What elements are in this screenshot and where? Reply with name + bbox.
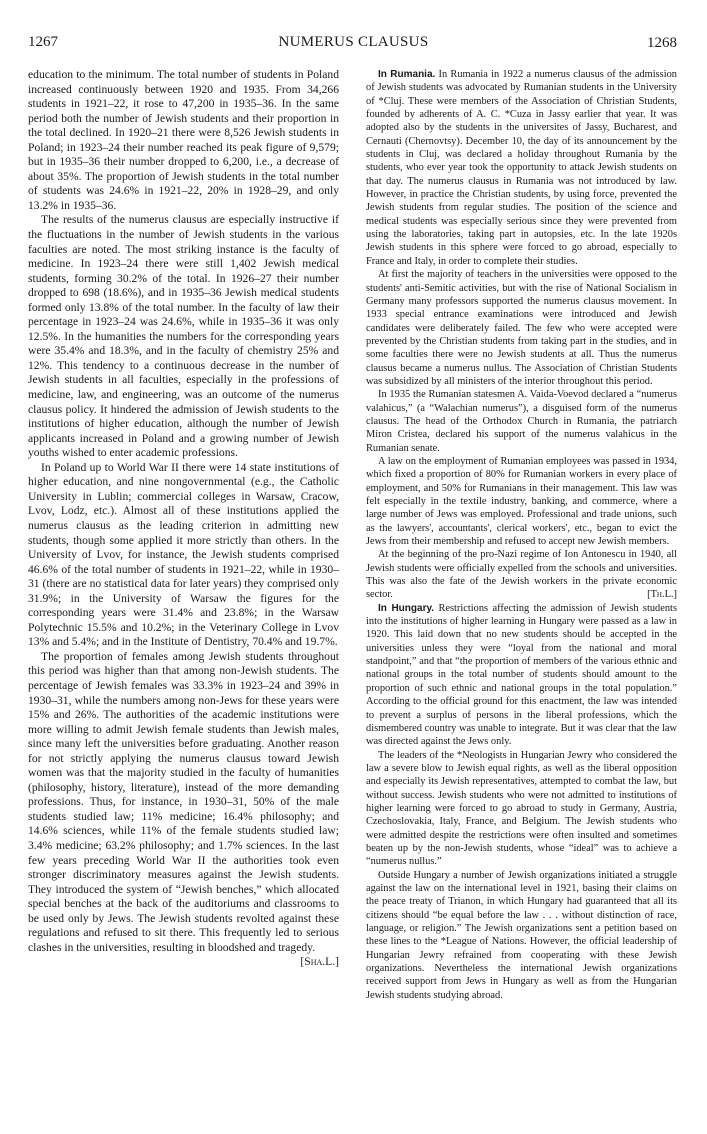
paragraph: At first the majority of teachers in the…	[366, 268, 677, 388]
left-column: education to the minimum. The total numb…	[28, 68, 339, 970]
paragraph: In 1935 the Rumanian statesmen A. Vaida-…	[366, 388, 677, 455]
page-header: 1267 NUMERUS CLAUSUS 1268	[0, 34, 707, 54]
paragraph: In Poland up to World War II there were …	[28, 461, 339, 650]
paragraph: A law on the employment of Rumanian empl…	[366, 455, 677, 548]
paragraph: education to the minimum. The total numb…	[28, 68, 339, 213]
paragraph: Outside Hungary a number of Jewish organ…	[366, 869, 677, 1002]
author-signature: [Sha.L.]	[28, 955, 339, 970]
author-signature: [Th.L.]	[635, 588, 677, 601]
paragraph-with-signature: At the beginning of the pro-Nazi regime …	[366, 548, 677, 601]
right-column: In Rumania. In Rumania in 1922 a numerus…	[366, 68, 677, 1002]
paragraph: At the beginning of the pro-Nazi regime …	[366, 549, 677, 600]
paragraph: The results of the numerus clausus are e…	[28, 213, 339, 460]
rumania-section-intro: In Rumania. In Rumania in 1922 a numerus…	[366, 68, 677, 268]
running-title: NUMERUS CLAUSUS	[0, 34, 707, 51]
paragraph: The proportion of females among Jewish s…	[28, 650, 339, 955]
section-heading-rumania: In Rumania.	[378, 69, 435, 80]
hungary-section-intro: In Hungary. Restrictions affecting the a…	[366, 602, 677, 749]
paragraph: Restrictions affecting the admission of …	[366, 603, 677, 747]
paragraph: The leaders of the *Neologists in Hungar…	[366, 749, 677, 869]
paragraph: In Rumania in 1922 a numerus clausus of …	[366, 69, 677, 267]
page-number-right: 1268	[647, 35, 677, 52]
section-heading-hungary: In Hungary.	[378, 603, 434, 614]
